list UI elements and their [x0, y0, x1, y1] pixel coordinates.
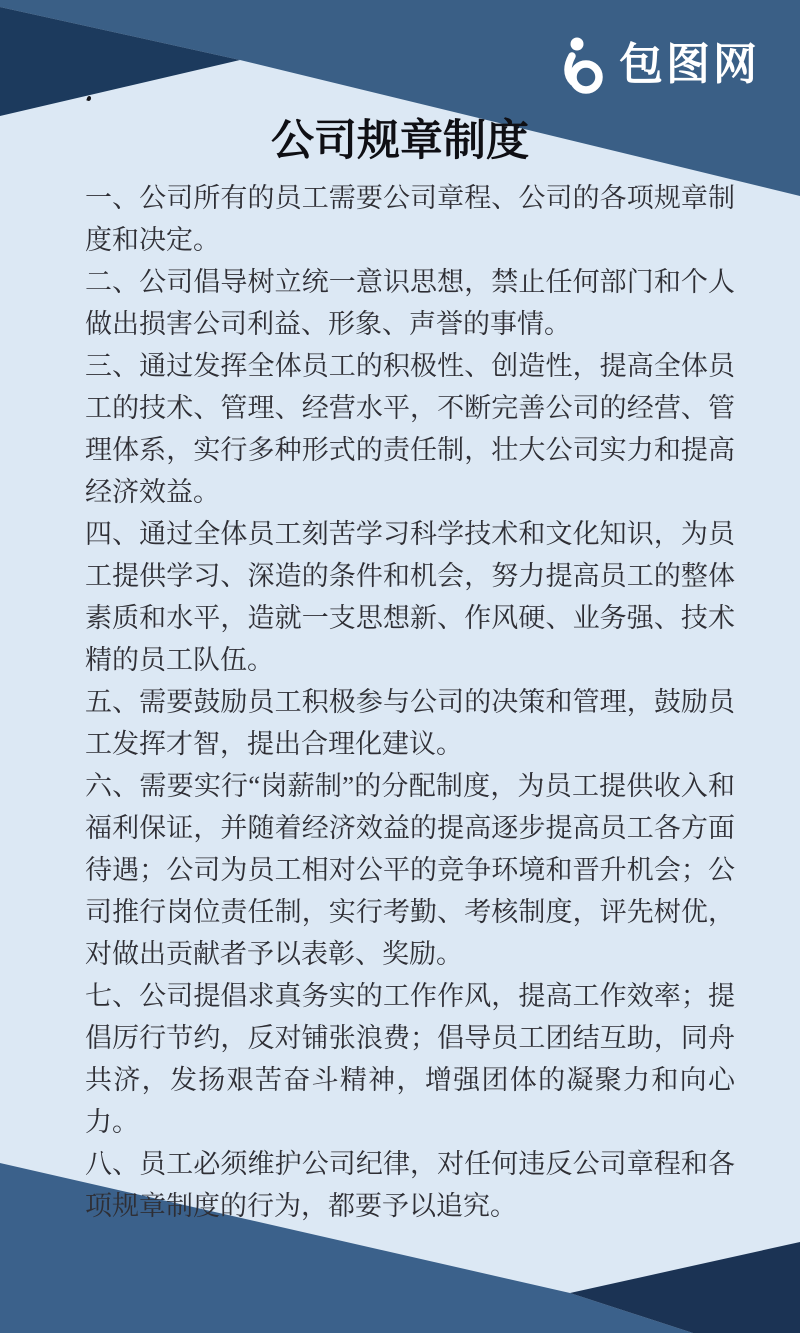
rule-item-7: 七、公司提倡求真务实的工作作风，提高工作效率；提倡厉行节约，反对铺张浪费；倡导员… — [85, 975, 735, 1143]
rule-item-2: 二、公司倡导树立统一意识思想，禁止任何部门和个人做出损害公司利益、形象、声誉的事… — [85, 261, 735, 345]
page-title: 公司规章制度 — [0, 118, 800, 166]
brand-name: 包图网 — [619, 43, 760, 87]
brand-logo: 包图网 — [552, 26, 760, 104]
rule-item-1: 一、公司所有的员工需要公司章程、公司的各项规章制度和决定。 — [85, 177, 735, 261]
rule-item-4: 四、通过全体员工刻苦学习科学技术和文化知识，为员工提供学习、深造的条件和机会，努… — [85, 513, 735, 681]
rule-item-5: 五、需要鼓励员工积极参与公司的决策和管理，鼓励员工发挥才智，提出合理化建议。 — [85, 681, 735, 765]
rule-item-8: 八、员工必须维护公司纪律，对任何违反公司章程和各项规章制度的行为，都要予以追究。 — [85, 1143, 735, 1227]
baotu-b-icon — [552, 30, 610, 100]
poster: 包图网 公司规章制度 一、公司所有的员工需要公司章程、公司的各项规章制度和决定。… — [0, 0, 800, 1333]
rule-item-3: 三、通过发挥全体员工的积极性、创造性，提高全体员工的技术、管理、经营水平，不断完… — [85, 345, 735, 513]
rule-item-6: 六、需要实行“岗薪制”的分配制度，为员工提供收入和福利保证，并随着经济效益的提高… — [85, 765, 735, 975]
rules-list: 一、公司所有的员工需要公司章程、公司的各项规章制度和决定。 二、公司倡导树立统一… — [85, 177, 735, 1227]
